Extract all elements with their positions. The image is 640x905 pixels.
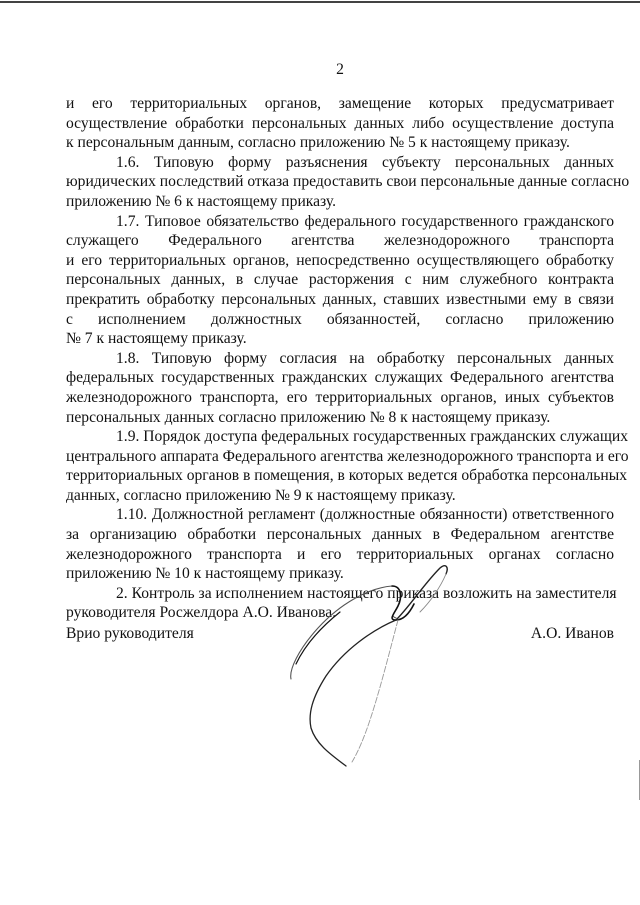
text-line: 1.6. Типовую форму разъяснения субъекту … — [66, 153, 614, 173]
text-line: № 7 к настоящему приказу. — [66, 329, 614, 349]
scan-top-edge — [0, 1, 640, 3]
text-line: и его территориальных органов, замещение… — [66, 94, 614, 114]
text-line: служащего Федерального агентства железно… — [66, 231, 614, 251]
text-line: федеральных государственных гражданских … — [66, 368, 614, 388]
text-line: к персональным данным, согласно приложен… — [66, 133, 614, 153]
text-line: центрального аппарата Федерального агент… — [66, 447, 614, 467]
paragraph-1-7: 1.7. Типовое обязательство федерального … — [66, 212, 614, 349]
text-line: 1.10. Должностной регламент (должностные… — [66, 505, 614, 525]
text-line: приложению № 6 к настоящему приказу. — [66, 192, 614, 212]
text-line: и его территориальных органов, непосредс… — [66, 251, 614, 271]
text-line: с исполнением должностных обязанностей, … — [66, 310, 614, 330]
signer-name: А.О. Иванов — [531, 624, 614, 644]
paragraph-1-8: 1.8. Типовую форму согласия на обработку… — [66, 349, 614, 427]
text-line: территориальных органов в помещения, в к… — [66, 466, 614, 486]
text-line: 1.9. Порядок доступа федеральных государ… — [66, 427, 614, 447]
text-line: осуществление обработки персональных дан… — [66, 114, 614, 134]
paragraph-1-9: 1.9. Порядок доступа федеральных государ… — [66, 427, 614, 505]
text-line: 1.7. Типовое обязательство федерального … — [66, 212, 614, 232]
paragraph-1-6: 1.6. Типовую форму разъяснения субъекту … — [66, 153, 614, 212]
text-line: персональных данных, в случае расторжени… — [66, 270, 614, 290]
document-body: и его территориальных органов, замещение… — [66, 94, 614, 623]
signer-title: Врио руководителя — [66, 624, 194, 644]
text-line: данных, согласно приложению № 9 к настоя… — [66, 486, 614, 506]
text-line: прекратить обработку персональных данных… — [66, 290, 614, 310]
handwritten-signature-icon — [270, 560, 470, 780]
text-line: юридических последствий отказа предостав… — [66, 172, 614, 192]
text-line: персональных данных согласно приложению … — [66, 408, 614, 428]
text-line: железнодорожного транспорта, его террито… — [66, 388, 614, 408]
text-line: 1.8. Типовую форму согласия на обработку… — [66, 349, 614, 369]
text-line: за организацию обработки персональных да… — [66, 525, 614, 545]
paragraph-1-5-continuation: и его территориальных органов, замещение… — [66, 94, 614, 153]
page-number: 2 — [66, 60, 614, 80]
